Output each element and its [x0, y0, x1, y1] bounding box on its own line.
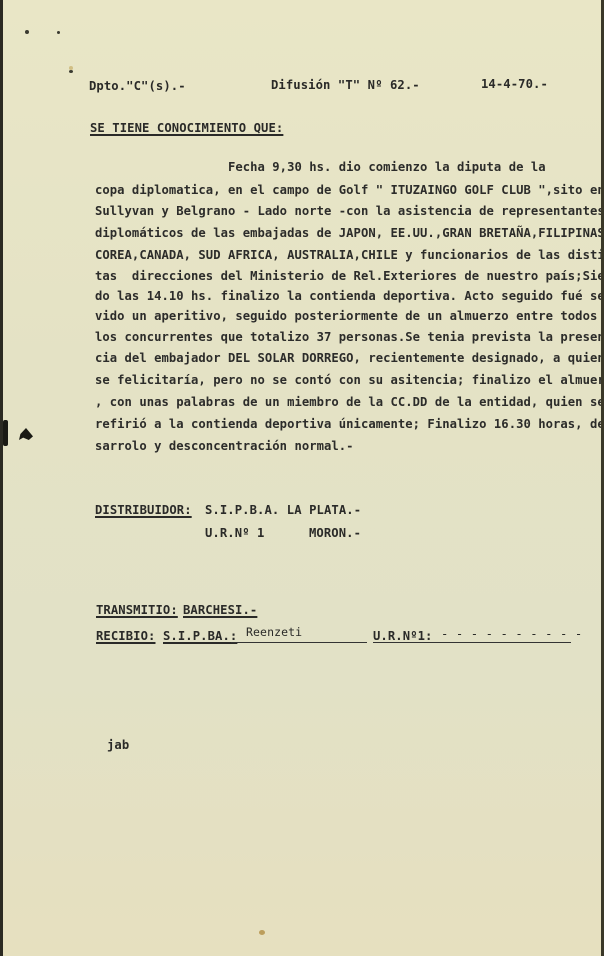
punch-hole-mark	[3, 420, 8, 446]
body-line: refirió a la contienda deportiva únicame…	[95, 417, 604, 431]
ink-dot	[25, 30, 29, 34]
body-line: do las 14.10 hs. finalizo la contienda d…	[95, 289, 604, 303]
unit-value: - - - - - - - - - -	[441, 627, 582, 641]
distribution-place: MORON.-	[309, 526, 361, 540]
unit-label: U.R.Nº1:	[373, 629, 433, 643]
document-date: 14-4-70.-	[481, 77, 548, 91]
signature-line	[231, 642, 367, 643]
typist-initials: jab	[107, 738, 129, 752]
unit-line	[373, 642, 571, 643]
paper-stain	[259, 930, 265, 935]
transmitted-by: BARCHESI.-	[183, 603, 257, 617]
body-line: Fecha 9,30 hs. dio comienzo la diputa de…	[95, 160, 546, 174]
document-page: Dpto."C"(s).- Difusión "T" Nº 62.- 14-4-…	[3, 0, 601, 956]
body-line: Sullyvan y Belgrano - Lado norte -con la…	[95, 204, 604, 218]
distribution-label: DISTRIBUIDOR:	[95, 503, 192, 517]
body-line: tas direcciones del Ministerio de Rel.Ex…	[95, 269, 604, 283]
distribution-line1: S.I.P.B.A. LA PLATA.-	[205, 503, 361, 517]
section-heading: SE TIENE CONOCIMIENTO QUE:	[90, 121, 283, 135]
body-line: vido un aperitivo, seguido posteriorment…	[95, 309, 597, 323]
body-line: , con unas palabras de un miembro de la …	[95, 395, 604, 409]
body-line: COREA,CANADA, SUD AFRICA, AUSTRALIA,CHIL…	[95, 248, 604, 262]
department-code: Dpto."C"(s).-	[89, 79, 186, 93]
received-label: RECIBIO:	[96, 629, 156, 643]
distribution-unit: U.R.Nº 1	[205, 526, 265, 540]
diffusion-number: Difusión "T" Nº 62.-	[271, 78, 420, 92]
received-by: Reenzeti	[246, 625, 302, 639]
body-line: diplomáticos de las embajadas de JAPON, …	[95, 226, 604, 240]
punch-hole-mark	[19, 428, 33, 440]
body-line: sarrolo y desconcentración normal.-	[95, 439, 354, 453]
ink-dot	[69, 70, 73, 73]
ink-dot	[57, 31, 60, 34]
scan-edge-left	[0, 0, 3, 956]
paper-stain	[69, 66, 73, 70]
body-line: cia del embajador DEL SOLAR DORREGO, rec…	[95, 351, 604, 365]
body-line: se felicitaría, pero no se contó con su …	[95, 373, 604, 387]
transmitted-label: TRANSMITIO:	[96, 603, 178, 617]
received-org: S.I.P.BA.:	[163, 629, 237, 643]
body-line: copa diplomatica, en el campo de Golf " …	[95, 183, 604, 197]
body-line: los concurrentes que totalizo 37 persona…	[95, 330, 604, 344]
